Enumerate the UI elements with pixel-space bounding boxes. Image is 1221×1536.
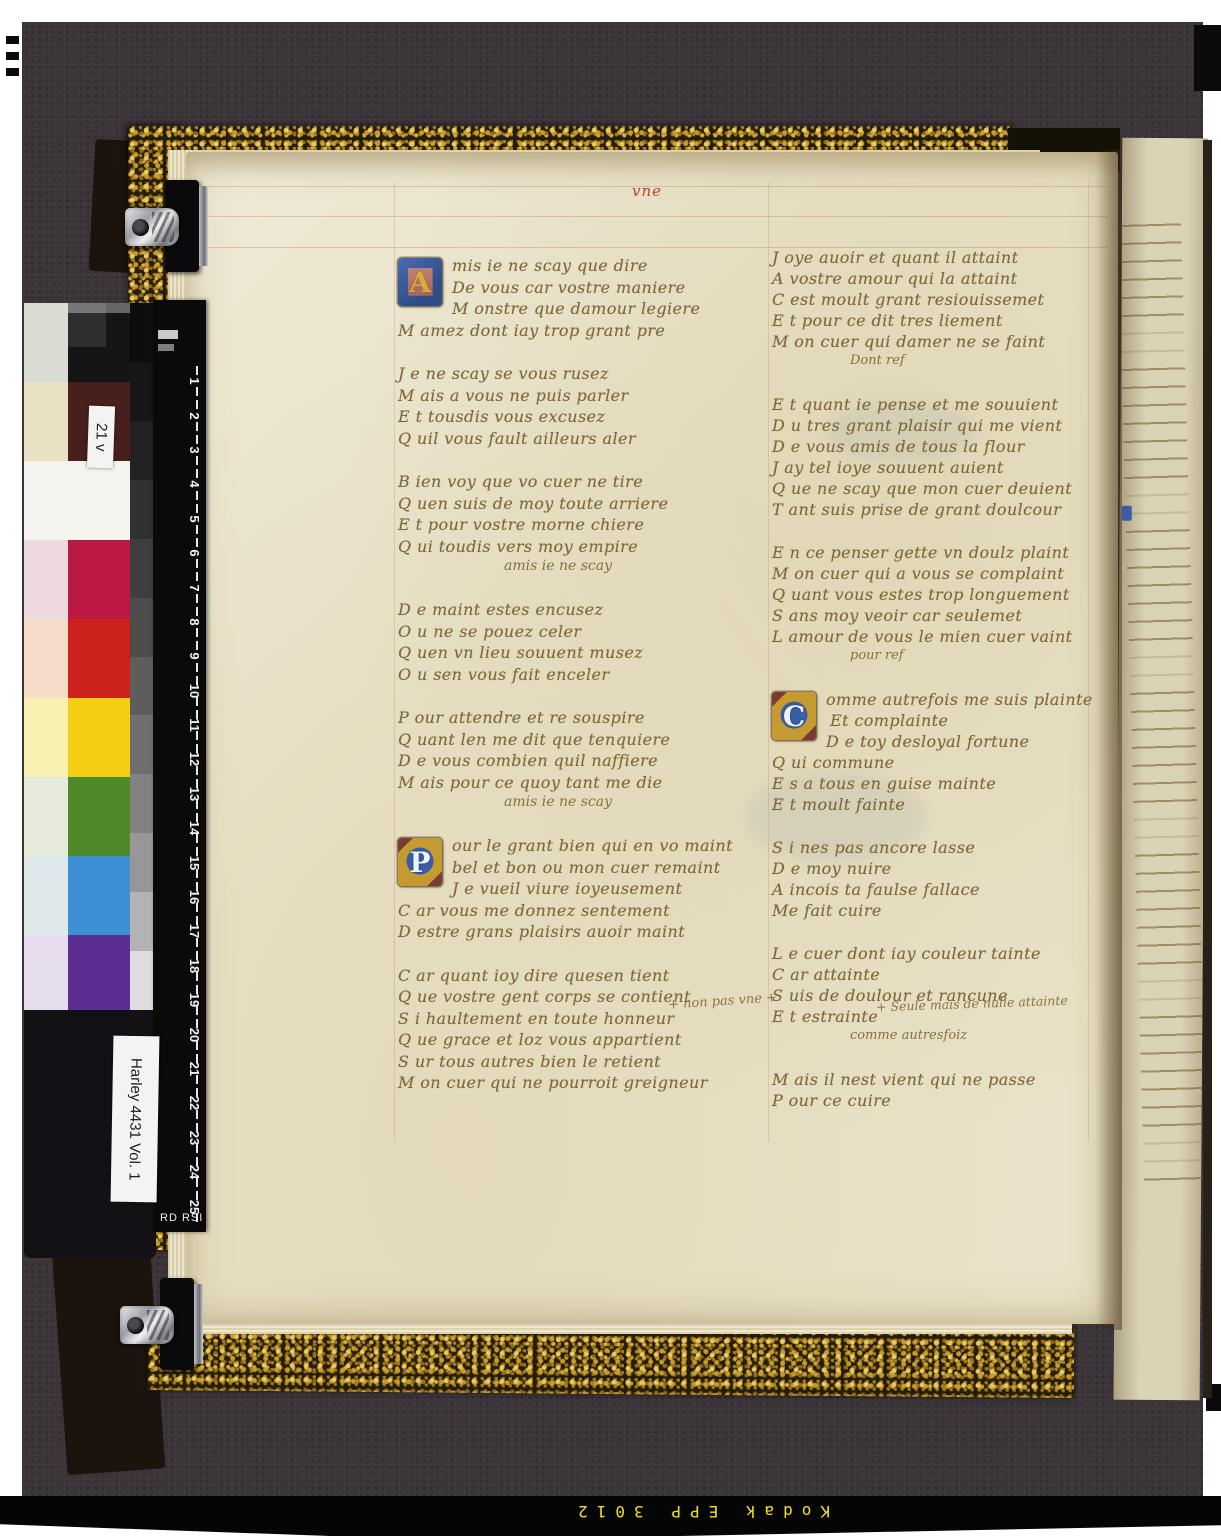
stanza-line: Et complainte — [830, 711, 1120, 732]
ruler-number: 15 — [187, 855, 202, 869]
grayscale-step — [130, 657, 153, 716]
folio-label: 21 v — [92, 423, 110, 452]
stanza-line: S ans moy veoir car seulemet — [772, 606, 1120, 627]
color-chart-row — [24, 935, 130, 1014]
ruler-footer-label: RD RSI — [160, 1212, 203, 1224]
stanza: P our attendre et re souspireQ uant len … — [398, 708, 746, 814]
stanza-line: Q uant vous estes trop longuement — [772, 585, 1120, 606]
stanza: C omme autrefois me suis plainteEt compl… — [772, 690, 1120, 816]
stanza-line: D e toy desloyal fortune — [772, 732, 1120, 753]
ruler-number: 2 — [187, 412, 202, 419]
stanza-line: bel et bon ou mon cuer remaint — [398, 858, 746, 880]
ruler-number: 21 — [187, 1062, 202, 1076]
grayscale-step — [130, 833, 153, 892]
ruler-cell: 2 — [153, 398, 206, 432]
grayscale-step — [130, 539, 153, 598]
stanza-line: D e moy nuire — [772, 859, 1120, 880]
grayscale-step — [130, 362, 153, 421]
stanza-line: B ien voy que vo cuer ne tire — [398, 472, 746, 494]
color-chart-row — [24, 698, 130, 777]
stanza-line: Q ue grace et loz vous appartient — [398, 1030, 746, 1052]
color-patch-pale — [24, 303, 68, 382]
shelfmark-sticker: Harley 4431 Vol. 1 — [111, 1036, 160, 1203]
stanza: E t quant ie pense et me souuientD u tre… — [772, 395, 1120, 521]
stanza: J e ne scay se vous rusezM ais a vous ne… — [398, 364, 746, 450]
stanza-lines: C ar quant ioy dire quesen tientQ ue vos… — [398, 966, 746, 1095]
clip-metal — [125, 208, 179, 246]
stanza: M ais il nest vient qui ne passeP our ce… — [772, 1070, 1120, 1112]
color-patch-pale — [24, 619, 68, 698]
registration-mark — [6, 52, 19, 60]
color-chart-row — [24, 303, 130, 382]
text-column-left: A mis ie ne scay que direDe vous car vos… — [398, 256, 746, 1117]
ruler-cell: 3 — [153, 433, 206, 467]
grayscale-step — [130, 774, 153, 833]
registration-mark — [1194, 25, 1221, 91]
ruler-cell: 24 — [153, 1155, 206, 1189]
color-patch-pale — [24, 382, 68, 461]
color-patch-vivid — [68, 461, 130, 540]
stanza-line: L amour de vous le mien cuer vaint — [772, 627, 1120, 648]
stanza-line: M amez dont iay trop grant pre — [398, 321, 746, 343]
stanza-line: L e cuer dont iay couleur tainte — [772, 944, 1120, 965]
stanza-line: our le grant bien qui en vo maint — [398, 836, 746, 858]
stanza-lines: S i nes pas ancore lasseD e moy nuireA i… — [772, 838, 1120, 922]
stanza-line: M ais il nest vient qui ne passe — [772, 1070, 1120, 1091]
grayscale-step — [130, 715, 153, 774]
ruler-cell: 20 — [153, 1017, 206, 1051]
stanza-line: M on cuer qui ne pourroit greigneur — [398, 1073, 746, 1095]
color-chart-row — [24, 461, 130, 540]
refrain-cue: amis ie ne scay — [504, 794, 746, 814]
ruler-cell: 16 — [153, 880, 206, 914]
stanza-line: S ur tous autres bien le retient — [398, 1052, 746, 1074]
color-patch-vivid — [68, 619, 130, 698]
stanza-line: E t pour vostre morne chiere — [398, 515, 746, 537]
ruler-number: 12 — [187, 752, 202, 766]
ruler-number: 17 — [187, 924, 202, 938]
stanza-line: A vostre amour qui la attaint — [772, 269, 1120, 290]
ruler-number: 16 — [187, 890, 202, 904]
photo-of-manuscript: 1 2 3 4 5 6 — [0, 0, 1221, 1536]
book-fore-edge — [1203, 140, 1212, 1398]
ruler-number: 6 — [187, 550, 202, 557]
stanza-line: J oye auoir et quant il attaint — [772, 248, 1120, 269]
refrain-cue: comme autresfoiz — [850, 1028, 1120, 1048]
color-patch-pale — [24, 461, 68, 540]
facing-page-text-lines — [1117, 207, 1208, 1188]
stanza-line: C ar quant ioy dire quesen tient — [398, 966, 746, 988]
stanza-lines: B ien voy que vo cuer ne tireQ uen suis … — [398, 472, 746, 558]
ruler-number: 5 — [187, 515, 202, 522]
stanza-line: E t tousdis vous excusez — [398, 407, 746, 429]
color-chart-row — [24, 619, 130, 698]
stanza-lines: mis ie ne scay que direDe vous car vostr… — [398, 256, 746, 342]
grayscale-step — [130, 951, 153, 1010]
shelfmark-label: Harley 4431 Vol. 1 — [125, 1058, 144, 1181]
ruler-number: 10 — [187, 683, 202, 697]
ruler-cell: 11 — [153, 708, 206, 742]
ruler-cell: 22 — [153, 1086, 206, 1120]
ruler-number: 7 — [187, 584, 202, 591]
ruler-cell: 8 — [153, 605, 206, 639]
ruler-cell: 23 — [153, 1121, 206, 1155]
stanza: J oye auoir et quant il attaintA vostre … — [772, 248, 1120, 373]
stanza-line: J e vueil viure ioyeusement — [398, 879, 746, 901]
stanza-lines: L e cuer dont iay couleur tainteC ar att… — [772, 944, 1120, 1028]
stanza-line: M on cuer qui damer ne se faint — [772, 332, 1120, 353]
stanza-line: Q ui toudis vers moy empire — [398, 537, 746, 559]
stanza-line: D u tres grant plaisir qui me vient — [772, 416, 1120, 437]
ruler-cell: 6 — [153, 536, 206, 570]
ruler-number: 3 — [187, 446, 202, 453]
stanza-line: Q uen suis de moy toute arriere — [398, 494, 746, 516]
stanza-line: J ay tel ioye souuent auient — [772, 458, 1120, 479]
color-patch-pale — [24, 856, 68, 935]
color-patch-pale — [24, 698, 68, 777]
folio-sticker: 21 v — [87, 406, 115, 469]
tape-glint — [158, 330, 178, 339]
stanza-line: Q ui commune — [772, 753, 1120, 774]
ruler-number: 13 — [187, 787, 202, 801]
illuminated-initial: A — [398, 258, 442, 306]
stanza-lines: E n ce penser gette vn doulz plaintM on … — [772, 543, 1120, 648]
stanza-line: S i nes pas ancore lasse — [772, 838, 1120, 859]
stanza-lines: D e maint estes encusezO u ne se pouez c… — [398, 600, 746, 686]
grayscale-step — [130, 598, 153, 657]
stanza-line: A incois ta faulse fallace — [772, 880, 1120, 901]
ruler-cell: 21 — [153, 1052, 206, 1086]
stanza: C ar quant ioy dire quesen tientQ ue vos… — [398, 966, 746, 1095]
ruler-cell: 14 — [153, 811, 206, 845]
ruler-cell: 13 — [153, 777, 206, 811]
stanza-line: Q uen vn lieu souuent musez — [398, 643, 746, 665]
ruler-cell: 15 — [153, 845, 206, 879]
page-header-rubric: vne — [632, 182, 662, 200]
stanza-lines: E t quant ie pense et me souuientD u tre… — [772, 395, 1120, 521]
stanza: P our le grant bien qui en vo maintbel e… — [398, 836, 746, 944]
stanza-line: P our ce cuire — [772, 1091, 1120, 1112]
tape-glint — [158, 344, 174, 351]
color-patch-pale — [24, 935, 68, 1014]
illuminated-initial: P — [398, 838, 442, 886]
stanza-line: T ant suis prise de grant doulcour — [772, 500, 1120, 521]
ruler-number: 1 — [187, 378, 202, 385]
ruler-cell: 9 — [153, 639, 206, 673]
stanza-line: D e vous combien quil naffiere — [398, 751, 746, 773]
stanza-line: E s a tous en guise mainte — [772, 774, 1120, 795]
stanza-line: O u sen vous fait enceler — [398, 665, 746, 687]
ruler-number: 18 — [187, 959, 202, 973]
facing-page-edge — [1114, 138, 1209, 1401]
stanza-line: Q uil vous fault ailleurs aler — [398, 429, 746, 451]
ruler-number: 8 — [187, 618, 202, 625]
stanza-line: E t pour ce dit tres liement — [772, 311, 1120, 332]
stanza-line: De vous car vostre maniere — [398, 278, 746, 300]
stanza-line: E t quant ie pense et me souuient — [772, 395, 1120, 416]
color-patch-vivid — [68, 698, 130, 777]
color-patch-vivid — [68, 540, 130, 619]
ruler-number: 23 — [187, 1131, 202, 1145]
color-patch-pale — [24, 777, 68, 856]
stanza-line: omme autrefois me suis plainte — [772, 690, 1120, 711]
ruler-cell: 1 — [153, 364, 206, 398]
stanza-line: M ais pour ce quoy tant me die — [398, 773, 746, 795]
ruler-number: 14 — [187, 821, 202, 835]
stanza-line: J e ne scay se vous rusez — [398, 364, 746, 386]
clip-bar — [199, 186, 208, 266]
stanza-line: O u ne se pouez celer — [398, 622, 746, 644]
ruled-line — [208, 216, 1108, 217]
color-patch-vivid — [68, 935, 130, 1014]
ruler: 1 2 3 4 5 6 — [153, 300, 206, 1232]
film-edge-label: Kodak EPP 3012 — [330, 1502, 830, 1521]
stanza-line: M ais a vous ne puis parler — [398, 386, 746, 408]
grayscale-strip — [130, 303, 153, 1010]
stanza-line: Q uant len me dit que tenquiere — [398, 730, 746, 752]
stanza-line: E n ce penser gette vn doulz plaint — [772, 543, 1120, 564]
color-chart-row — [24, 856, 130, 935]
facing-page-initial — [1122, 506, 1132, 521]
ruled-line — [394, 182, 395, 1142]
stanza-lines: J e ne scay se vous rusezM ais a vous ne… — [398, 364, 746, 450]
stanza-lines: omme autrefois me suis plainteEt complai… — [772, 690, 1120, 816]
stanza-lines: M ais il nest vient qui ne passeP our ce… — [772, 1070, 1120, 1112]
color-patch-vivid — [68, 856, 130, 935]
color-patch-pale — [24, 540, 68, 619]
grayscale-step — [130, 421, 153, 480]
ruler-cell: 17 — [153, 914, 206, 948]
grayscale-step — [130, 892, 153, 951]
stanza-lines: our le grant bien qui en vo maintbel et … — [398, 836, 746, 944]
ruler-number: 20 — [187, 1027, 202, 1041]
grayscale-step — [130, 480, 153, 539]
ruler-cell: 4 — [153, 467, 206, 501]
stanza-line: D estre grans plaisirs auoir maint — [398, 922, 746, 944]
registration-mark — [6, 68, 19, 76]
stanza-line: E t moult fainte — [772, 795, 1120, 816]
stanza: E n ce penser gette vn doulz plaintM on … — [772, 543, 1120, 668]
stanza-line: S i haultement en toute honneur — [398, 1009, 746, 1031]
ruler-number: 22 — [187, 1096, 202, 1110]
stanza: B ien voy que vo cuer ne tireQ uen suis … — [398, 472, 746, 578]
stanza-line: C ar vous me donnez sentement — [398, 901, 746, 923]
ruler-cell: 5 — [153, 502, 206, 536]
stanza-line: Q ue ne scay que mon cuer deuient — [772, 479, 1120, 500]
stanza: D e maint estes encusezO u ne se pouez c… — [398, 600, 746, 686]
stanza: A mis ie ne scay que direDe vous car vos… — [398, 256, 746, 342]
clip-bar — [194, 1284, 203, 1364]
color-chart-row — [24, 540, 130, 619]
refrain-cue: amis ie ne scay — [504, 558, 746, 578]
color-chart-row — [24, 777, 130, 856]
stanza-line: mis ie ne scay que dire — [398, 256, 746, 278]
ruler-cell: 7 — [153, 570, 206, 604]
ruler-cell: 18 — [153, 949, 206, 983]
ruler-number: 11 — [187, 718, 202, 732]
stanza-line: C ar attainte — [772, 965, 1120, 986]
stanza-lines: P our attendre et re souspireQ uant len … — [398, 708, 746, 794]
ruler-number: 4 — [187, 481, 202, 488]
stanza-line: M on cuer qui a vous se complaint — [772, 564, 1120, 585]
stanza-line: M onstre que damour legiere — [398, 299, 746, 321]
illuminated-initial: C — [772, 692, 816, 740]
ruler-cell: 12 — [153, 742, 206, 776]
stanza-line: D e maint estes encusez — [398, 600, 746, 622]
stanza-lines: J oye auoir et quant il attaintA vostre … — [772, 248, 1120, 353]
refrain-cue: pour ref — [850, 648, 1120, 668]
grayscale-step — [130, 303, 153, 362]
ruler-cell: 19 — [153, 983, 206, 1017]
stanza-line: P our attendre et re souspire — [398, 708, 746, 730]
stanza-line: C est moult grant resiouissemet — [772, 290, 1120, 311]
ruler-number: 24 — [187, 1165, 202, 1179]
clip-metal — [120, 1306, 174, 1344]
ruler-number: 19 — [187, 993, 202, 1007]
color-patch-vivid — [68, 777, 130, 856]
stanza-line: D e vous amis de tous la flour — [772, 437, 1120, 458]
tape-glint — [68, 303, 130, 313]
registration-mark — [6, 36, 19, 44]
ruler-cell: 10 — [153, 674, 206, 708]
stanza-line: Me fait cuire — [772, 901, 1120, 922]
ruler-number: 9 — [187, 653, 202, 660]
stanza: S i nes pas ancore lasseD e moy nuireA i… — [772, 838, 1120, 922]
refrain-cue: Dont ref — [850, 353, 1120, 373]
